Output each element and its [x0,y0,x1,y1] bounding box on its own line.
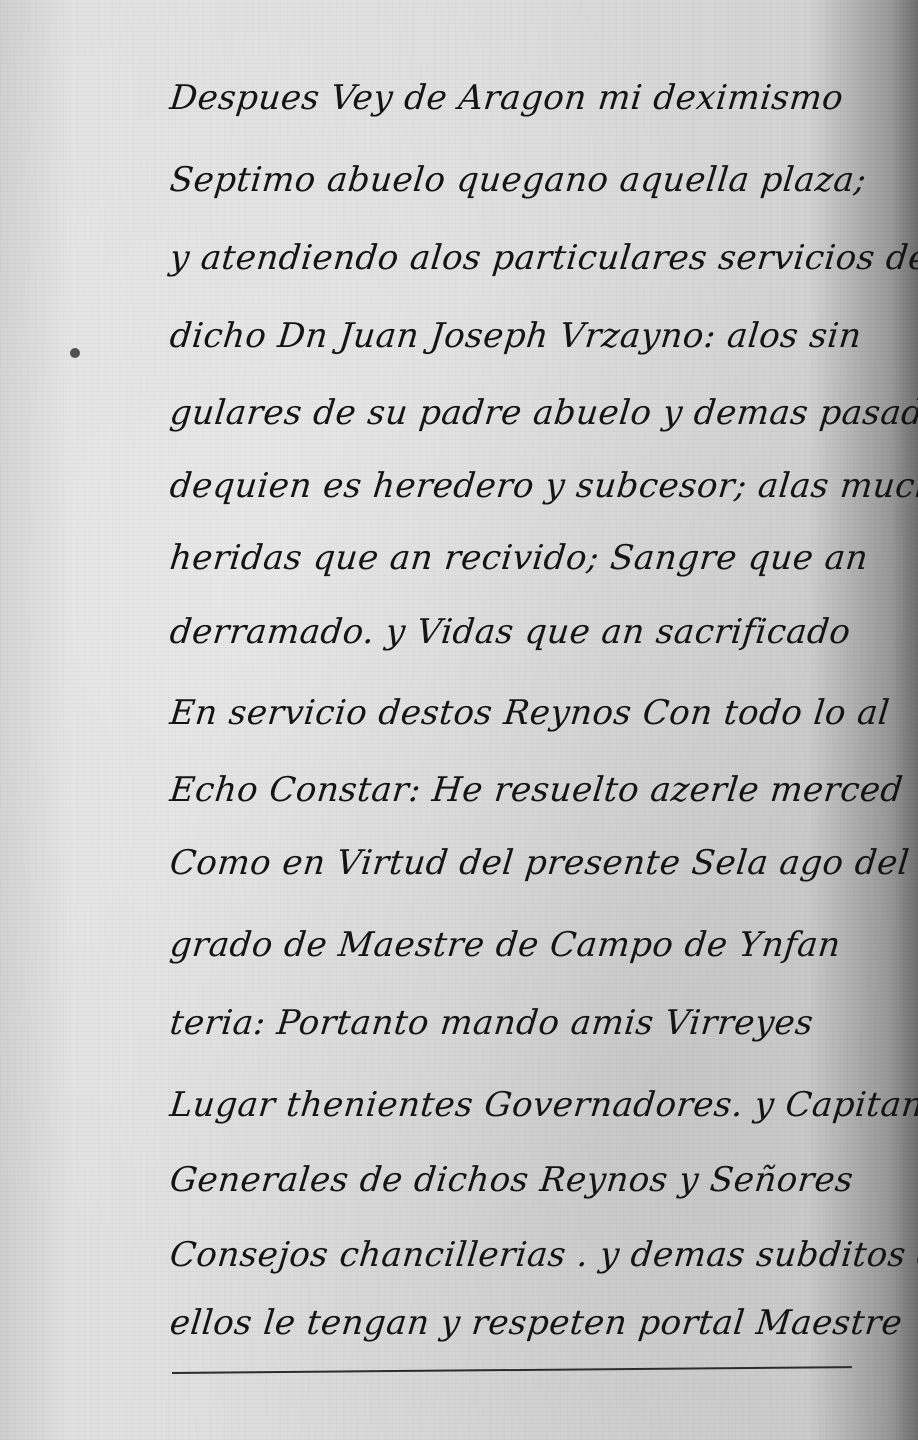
ink-blot [70,348,80,358]
manuscript-line-16: Consejos chancillerias . y demas subdito… [168,1235,918,1275]
manuscript-line-5: gulares de su padre abuelo y demas pasad… [168,393,918,433]
manuscript-line-17: ellos le tengan y respeten portal Maestr… [168,1303,905,1343]
manuscript-line-11: Como en Virtud del presente Sela ago del [168,843,911,883]
manuscript-line-7: heridas que an recivido; Sangre que an [168,538,870,578]
manuscript-line-4: dicho Dn Juan Joseph Vrzayno: alos sin [168,316,864,356]
manuscript-line-3: y atendiendo alos particulares servicios… [168,238,918,278]
manuscript-line-15: Generales de dichos Reynos y Señores [168,1160,855,1200]
manuscript-line-14: Lugar thenientes Governadores. y Capitan… [168,1085,918,1125]
manuscript-line-2: Septimo abuelo quegano aquella plaza; [168,160,869,200]
manuscript-line-12: grado de Maestre de Campo de Ynfan [168,925,843,965]
manuscript-line-6: dequien es heredero y subcesor; alas muc… [168,466,918,506]
manuscript-line-10: Echo Constar: He resuelto azerle merced [168,770,905,810]
manuscript-line-13: teria: Portanto mando amis Virreyes [168,1003,815,1043]
manuscript-line-1: Despues Vey de Aragon mi deximismo [168,78,845,118]
manuscript-line-9: En servicio destos Reynos Con todo lo al [168,693,892,733]
closing-rule-line [172,1366,852,1374]
manuscript-page: Despues Vey de Aragon mi deximismo Septi… [0,0,918,1440]
manuscript-line-8: derramado. y Vidas que an sacrificado [168,612,853,652]
